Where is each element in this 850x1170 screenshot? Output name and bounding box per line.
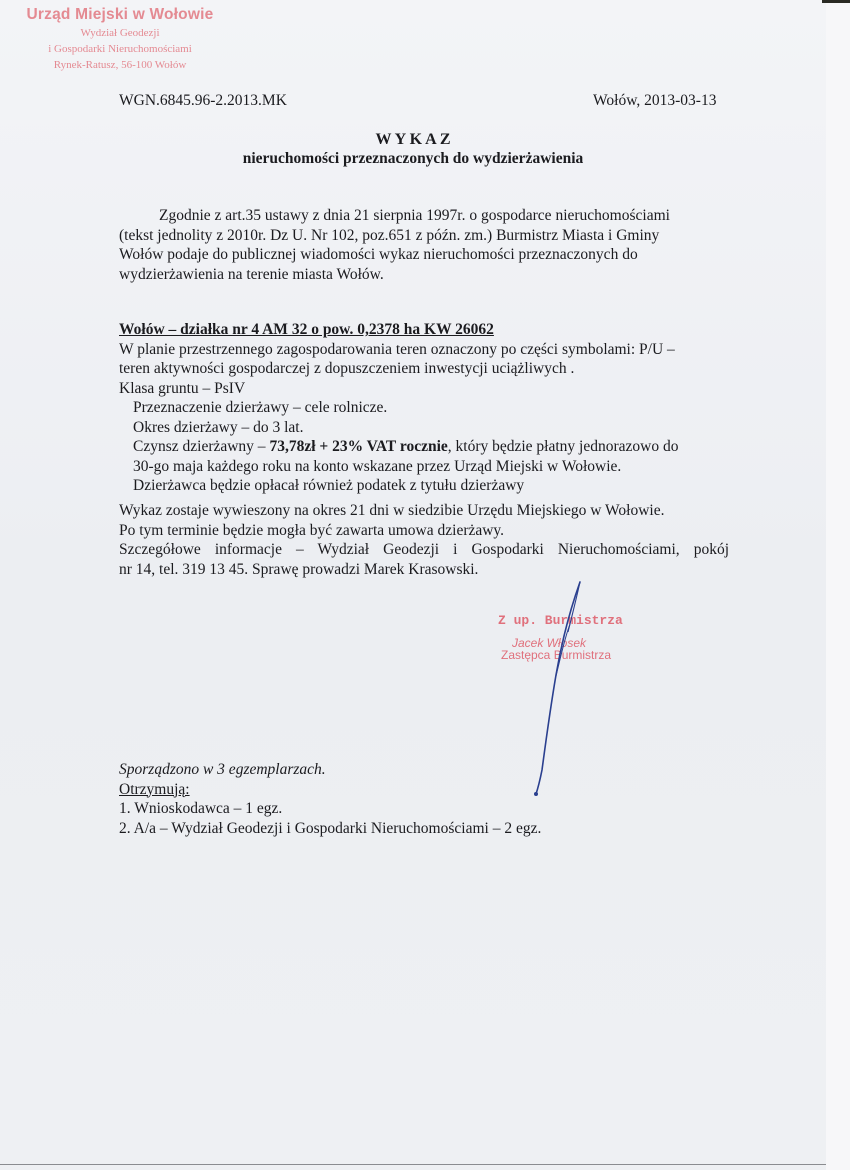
document-title: W Y K A Z: [0, 131, 826, 149]
property-heading: Wołów – działka nr 4 AM 32 o pow. 0,2378…: [119, 321, 494, 338]
intro-line: wydzierżawienia na terenie miasta Wołów.: [119, 265, 729, 285]
lease-term: Okres dzierżawy – do 3 lat.: [119, 418, 729, 438]
plan-description-line2: teren aktywności gospodarczej z dopuszcz…: [119, 359, 729, 379]
stamp-office-name: Urząd Miejski w Wołowie: [0, 6, 240, 24]
stamp-department-line1: Wydział Geodezji: [0, 25, 240, 41]
stamp-address: Rynek-Ratusz, 56-100 Wołów: [0, 57, 240, 73]
notice-line3: Szczegółowe informacje – Wydział Geodezj…: [119, 540, 729, 560]
intro-paragraph: Zgodnie z art.35 ustawy z dnia 21 sierpn…: [119, 206, 729, 284]
reference-number: WGN.6845.96-2.2013.MK: [119, 92, 287, 110]
intro-line: Wołów podaje do publicznej wiadomości wy…: [119, 245, 729, 265]
document-subtitle: nieruchomości przeznaczonych do wydzierż…: [0, 150, 826, 168]
notice-line4: nr 14, tel. 319 13 45. Sprawę prowadzi M…: [119, 560, 729, 580]
intro-line: (tekst jednolity z 2010r. Dz U. Nr 102, …: [119, 226, 729, 246]
property-section: Wołów – działka nr 4 AM 32 o pow. 0,2378…: [119, 320, 729, 496]
recipient-item: 1. Wnioskodawca – 1 egz.: [119, 799, 729, 819]
scanned-page: [0, 0, 826, 1165]
office-stamp: Urząd Miejski w Wołowie Wydział Geodezji…: [0, 6, 240, 73]
tax-note: Dzierżawca będzie opłacał również podate…: [119, 476, 729, 496]
place-and-date: Wołów, 2013-03-13: [593, 92, 716, 110]
scan-edge-shadow: [822, 0, 850, 3]
footer-section: Sporządzono w 3 egzemplarzach. Otrzymują…: [119, 760, 729, 838]
rent-line1: Czynsz dzierżawny – 73,78zł + 23% VAT ro…: [119, 437, 729, 457]
rent-amount: 73,78zł + 23% VAT rocznie: [269, 438, 447, 455]
stamp-department-line2: i Gospodarki Nieruchomościami: [0, 41, 240, 57]
notice-line2: Po tym terminie będzie mogła być zawarta…: [119, 521, 729, 541]
intro-line: Zgodnie z art.35 ustawy z dnia 21 sierpn…: [119, 206, 729, 226]
recipient-item: 2. A/a – Wydział Geodezji i Gospodarki N…: [119, 819, 729, 839]
scan-edge: [826, 0, 850, 1170]
recipients-label: Otrzymują:: [119, 781, 190, 798]
lease-purpose: Przeznaczenie dzierżawy – cele rolnicze.: [119, 398, 729, 418]
rent-line2: 30-go maja każdego roku na konto wskazan…: [119, 457, 729, 477]
notice-line1: Wykaz zostaje wywieszony na okres 21 dni…: [119, 501, 729, 521]
copies-note: Sporządzono w 3 egzemplarzach.: [119, 760, 729, 780]
rent-suffix: , który będzie płatny jednorazowo do: [448, 438, 679, 455]
notice-paragraph: Wykaz zostaje wywieszony na okres 21 dni…: [119, 501, 729, 579]
rent-prefix: Czynsz dzierżawny –: [133, 438, 269, 455]
plan-description-line1: W planie przestrzennego zagospodarowania…: [119, 340, 729, 360]
soil-class: Klasa gruntu – PsIV: [119, 379, 729, 399]
